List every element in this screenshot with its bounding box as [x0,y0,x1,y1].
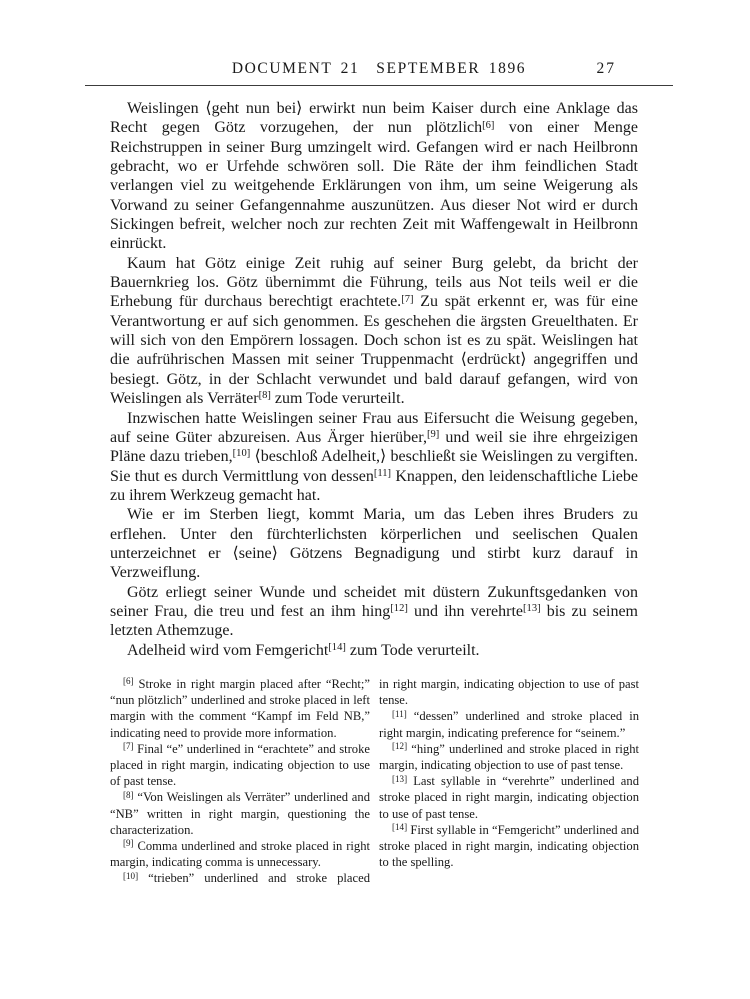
text-run: First syllable in “Femgericht” underline… [379,823,639,869]
running-header-title: DOCUMENT 21 SEPTEMBER 1896 [85,60,673,78]
text-run: zum Tode verurteilt. [271,390,405,407]
footnote-entry: [12] “hing” underlined and stroke placed… [379,741,639,773]
text-run: Adelheid wird vom Femgericht [127,642,328,659]
document-page: DOCUMENT 21 SEPTEMBER 1896 27 Weislingen… [0,0,750,999]
footnote-entry: [10] “trieben” underlined and stroke pla… [110,870,370,886]
body-paragraph: Adelheid wird vom Femgericht[14] zum Tod… [110,641,638,660]
footnote-marker: [9] [427,429,439,440]
header-rule [85,85,673,86]
body-paragraph: Götz erliegt seiner Wunde und scheidet m… [110,583,638,641]
footnote-entry: [7] Final “e” underlined in “erachtete” … [110,741,370,790]
footnote-marker: [6] [482,120,494,131]
footnote-marker: [13] [392,774,407,784]
text-run: “hing” underlined and stroke placed in r… [379,742,639,772]
body-paragraph: Kaum hat Götz einige Zeit ruhig auf sein… [110,254,638,409]
text-run: “Von Weislingen als Verräter” underlined… [110,790,370,836]
footnotes-left-column: [6] Stroke in right margin placed after … [110,676,370,887]
running-header: DOCUMENT 21 SEPTEMBER 1896 27 [85,60,673,80]
footnotes-section: [6] Stroke in right margin placed after … [110,676,639,887]
body-paragraph: Inzwischen hatte Weislingen seiner Frau … [110,409,638,506]
footnote-marker: [11] [392,709,407,719]
footnote-entry: [8] “Von Weislingen als Verräter” underl… [110,789,370,838]
footnote-entry: [13] Last syllable in “verehrte” underli… [379,773,639,822]
footnote-marker: [10] [233,448,251,459]
footnote-marker: [12] [390,603,408,614]
text-run: von einer Menge Reichstruppen in seiner … [110,119,638,252]
footnote-marker: [7] [123,741,134,751]
text-run: zum Tode verurteilt. [346,642,480,659]
page-number: 27 [597,60,617,78]
text-run: und ihn verehrte [408,603,523,620]
footnote-marker: [14] [328,642,346,653]
footnotes-right-column: in right margin, indicating objection to… [379,676,639,887]
footnote-marker: [14] [392,822,407,832]
footnote-marker: [6] [123,676,134,686]
body-paragraph: Wie er im Sterben liegt, kommt Maria, um… [110,505,638,582]
text-run: “trieben” underlined and stroke placed [138,871,370,885]
footnote-marker: [12] [392,741,407,751]
footnote-entry: [11] “dessen” underlined and stroke plac… [379,708,639,740]
footnote-entry: [14] First syllable in “Femgericht” unde… [379,822,639,871]
footnote-marker: [9] [123,838,134,848]
footnote-marker: [11] [374,468,391,479]
text-run: in right margin, indicating objection to… [379,677,639,707]
text-run: Final “e” underlined in “erachtete” and … [110,742,370,788]
body-paragraph: Weislingen ⟨geht nun bei⟩ erwirkt nun be… [110,99,638,254]
footnote-marker: [7] [401,294,413,305]
text-run: Last syllable in “verehrte” underlined a… [379,774,639,820]
footnote-marker: [10] [123,871,138,881]
text-run: Wie er im Sterben liegt, kommt Maria, um… [110,506,638,581]
text-run: Comma underlined and stroke placed in ri… [110,839,370,869]
footnote-marker: [8] [123,790,134,800]
footnote-entry-continuation: in right margin, indicating objection to… [379,676,639,708]
document-body: Weislingen ⟨geht nun bei⟩ erwirkt nun be… [110,99,638,660]
footnote-entry: [6] Stroke in right margin placed after … [110,676,370,741]
text-run: “dessen” underlined and stroke placed in… [379,709,639,739]
footnote-marker: [8] [259,390,271,401]
footnote-entry: [9] Comma underlined and stroke placed i… [110,838,370,870]
text-run: Stroke in right margin placed after “Rec… [110,677,370,740]
footnote-marker: [13] [523,603,541,614]
